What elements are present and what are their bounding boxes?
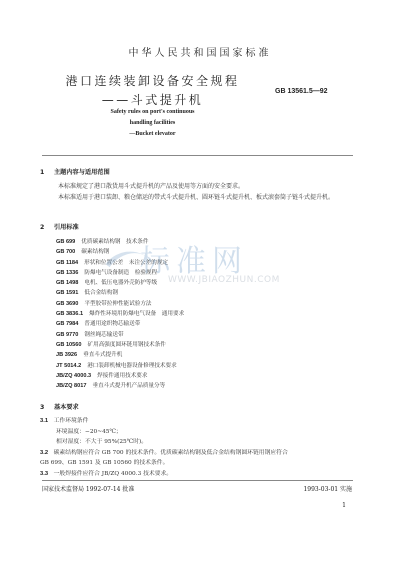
watermark-text: 标准网: [140, 236, 248, 280]
section-3-body: 3.1 工作环境条件 环境温度：−20~45℃； 相对湿度：不大于 95%(25…: [40, 416, 360, 479]
section-1-body: 本标准规定了港口散货用斗式提升机的产品及使用等方面的安全要求。 本标准适用于港口…: [38, 181, 354, 203]
clause-3-2-cont: GB 699、GB 1591 及 GB 10560 的技术条件。: [40, 458, 360, 469]
section-title: 主题内容与适用范围: [54, 169, 110, 176]
temperature-condition: 环境温度：−20~45℃；: [40, 427, 360, 438]
section-number: 3: [40, 404, 54, 411]
standard-code: GB 13561.5—92: [275, 88, 328, 95]
header-divider: [42, 155, 353, 156]
paragraph: 本标准适用于港口装卸、粮仓储运的带式斗式提升机、圆环链斗式提升机、板式滚套筒子链…: [38, 192, 354, 203]
english-title-line-3: —Bucket elevator: [0, 129, 305, 140]
section-number: 2: [40, 224, 54, 231]
page-number: 1: [342, 502, 346, 509]
reference-item: JB/ZQ 4000.3焊接件通用技术要求: [56, 371, 184, 381]
effective-date: 1993-03-01 实施: [303, 484, 352, 493]
section-3-heading: 3基本要求: [40, 402, 79, 411]
reference-item: GB 3690平型胶带拉伸性能试验方法: [56, 299, 184, 309]
clause-3-1: 3.1 工作环境条件: [40, 416, 360, 427]
paragraph: 本标准规定了港口散货用斗式提升机的产品及使用等方面的安全要求。: [38, 181, 354, 192]
english-title-line-2: handling facilities: [0, 118, 305, 129]
title-line-1: 港口连续装卸设备安全规程: [0, 72, 305, 91]
reference-item: GB 9770钢丝绳芯输送带: [56, 330, 184, 340]
reference-item: GB 3836.1爆炸性环境用防爆电气设备 通用要求: [56, 309, 184, 319]
section-number: 1: [40, 169, 54, 176]
section-2-heading: 2引用标准: [40, 222, 79, 231]
section-title: 引用标准: [54, 224, 79, 231]
clause-3-3: 3.3 一般焊接件应符合 JB/ZQ 4000.3 技术要求。: [40, 469, 360, 480]
clause-3-2: 3.2 碳素结构钢应符合 GB 700 的技术条件。优质碳素结构钢及低合金结构钢…: [40, 448, 360, 459]
reference-item: GB 1591低合金结构钢: [56, 288, 184, 298]
reference-item: JB/ZQ 8017垂直斗式提升机产品质量分等: [56, 381, 184, 391]
section-title: 基本要求: [54, 404, 79, 411]
approval-date: 国家技术监督局 1992-07-14 批准: [42, 484, 134, 493]
footer-divider: [42, 480, 353, 481]
national-standard-title: 中华人民共和国国家标准: [0, 44, 400, 59]
document-title: 港口连续装卸设备安全规程 ——斗式提升机: [0, 72, 305, 110]
reference-item: GB 10560矿用高强度圆环链用钢技术条件: [56, 340, 184, 350]
watermark-url: WWW.JBIAOZHUN.COM: [168, 275, 280, 285]
reference-item: GB 7984普通用途织物芯输送带: [56, 319, 184, 329]
english-title: Safety rules on port's continuous handli…: [0, 107, 305, 140]
reference-item: JB 3926垂直斗式提升机: [56, 350, 184, 360]
reference-item: JT 5014.2港口装卸机械电器设备修理技术要求: [56, 361, 184, 371]
humidity-condition: 相对湿度：不大于 95%(25℃时)。: [40, 437, 360, 448]
section-1-heading: 1主题内容与适用范围: [40, 167, 110, 176]
english-title-line-1: Safety rules on port's continuous: [0, 107, 305, 118]
